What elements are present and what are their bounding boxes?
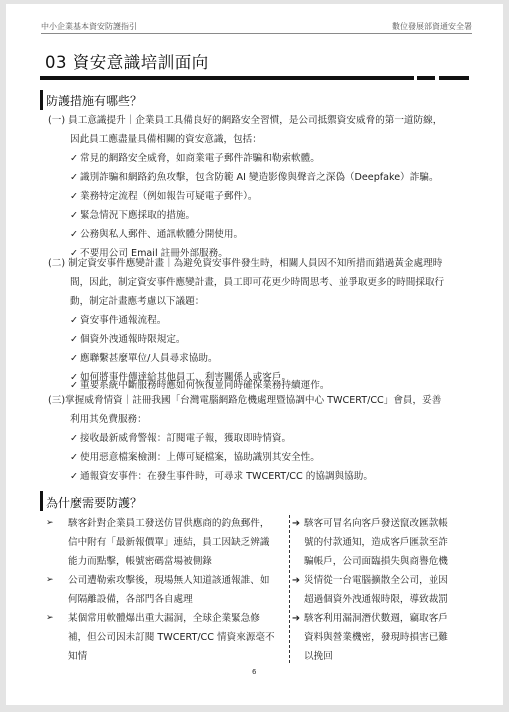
cause-line: 補，但公司因未訂閱 TWCERT/CC 情資來源毫不	[68, 628, 275, 647]
check-item: ✓公務與私人郵件、通訊軟體分開使用。	[70, 225, 243, 244]
chapter-title: 03 資安意識培訓面向	[45, 49, 209, 73]
cause-line: 何隔離設備，各部門各自處理	[68, 590, 193, 609]
check-item: ✓接收最新威脅警報：訂閱電子報，獲取即時情資。	[70, 429, 291, 448]
check-icon: ✓	[70, 349, 80, 368]
bullet-icon: ➢	[46, 514, 54, 533]
check-icon: ✓	[70, 330, 80, 349]
section-marker	[40, 491, 43, 511]
check-item: ✓常見的網路安全威脅，如商業電子郵件詐騙和勒索軟體。	[70, 149, 320, 168]
page-number: 6	[252, 668, 256, 676]
check-icon: ✓	[70, 206, 80, 225]
check-item: ✓識別詐騙和網路釣魚攻擊，包含防範 AI 變造影像與聲音之深偽（Deepfake…	[70, 168, 439, 187]
item-3-label: (三)掌握威脅情資｜註冊我國「台灣電腦網路危機處理暨協調中心 TWCERT/CC…	[48, 391, 441, 410]
effect-line: 駭客利用漏洞潛伏數週，竊取客戶	[304, 609, 448, 628]
item-3-cont: 利用其免費服務：	[70, 410, 147, 429]
check-icon: ✓	[70, 187, 80, 206]
document-page: 中小企業基本資安防護指引 數位發展部資通安全署 03 資安意識培訓面向 防護措施…	[6, 4, 503, 705]
item-1-cont: 因此員工應盡量具備相關的資安意識，包括：	[70, 130, 262, 149]
bullet-icon: ➢	[46, 609, 54, 628]
cause-line: 能力而點擊，帳號密碼當場被側錄	[68, 552, 212, 571]
section-marker	[40, 90, 43, 110]
effect-line: 以挽回	[304, 647, 333, 666]
column-divider	[289, 515, 290, 663]
running-header-left: 中小企業基本資安防護指引	[41, 21, 137, 32]
effect-line: 超過個資外洩通報時限，導致裁罰	[304, 590, 448, 609]
check-item: ✓業務特定流程（例如報告可疑電子郵件）。	[70, 187, 257, 206]
arrow-icon: ➔	[292, 571, 300, 590]
title-rule-long	[40, 76, 414, 80]
effect-line: 資料與營業機密，發現時損害已難	[304, 628, 448, 647]
check-icon: ✓	[70, 467, 80, 486]
item-1-label: (一) 員工意識提升｜企業員工具備良好的網路安全習慣，是公司抵禦資安威脅的第一道…	[48, 111, 442, 130]
bullet-icon: ➢	[46, 571, 54, 590]
item-2-cont: 間，因此，制定資安事件應變計畫，員工即可花更少時間思考、並爭取更多的時間採取行	[70, 273, 444, 292]
item-2-label: (二) 制定資安事件應變計畫｜為避免資安事件發生時，相關人員因不知所措而錯過黃金…	[48, 254, 442, 273]
effect-line: 駭客可冒名向客戶發送竄改匯款帳	[304, 514, 448, 533]
check-icon: ✓	[70, 429, 80, 448]
cause-line: 知情	[68, 647, 87, 666]
cause-line: 信中附有「最新報價單」連結，員工因缺乏辨識	[68, 533, 269, 552]
running-header-right: 數位發展部資通安全署	[392, 21, 472, 32]
check-item: ✓緊急情況下應採取的措施。	[70, 206, 195, 225]
check-icon: ✓	[70, 168, 80, 187]
title-rule-end	[439, 76, 469, 80]
check-item: ✓資安事件通報流程。	[70, 311, 166, 330]
effect-line: 騙帳戶，公司面臨損失與商譽危機	[304, 552, 448, 571]
check-icon: ✓	[70, 311, 80, 330]
title-rule-short	[417, 76, 435, 80]
header-rule	[41, 33, 472, 34]
check-icon: ✓	[70, 448, 80, 467]
section-heading-why: 為什麼需要防護？	[46, 494, 142, 511]
arrow-icon: ➔	[292, 514, 300, 533]
check-item: ✓使用惡意檔案檢測：上傳可疑檔案，協助識別其安全性。	[70, 448, 320, 467]
section-heading-protection: 防護措施有哪些？	[46, 92, 142, 109]
cause-line: 某個常用軟體爆出重大漏洞，全球企業緊急修	[68, 609, 260, 628]
arrow-icon: ➔	[292, 609, 300, 628]
check-icon: ✓	[70, 225, 80, 244]
effect-line: 災情從一台電腦擴散全公司，並因	[304, 571, 448, 590]
check-item: ✓通報資安事件：在發生事件時，可尋求 TWCERT/CC 的協調與協助。	[70, 467, 373, 486]
cause-line: 駭客針對企業員工發送仿冒供應商的釣魚郵件，	[68, 514, 269, 533]
check-icon: ✓	[70, 149, 80, 168]
item-2-cont: 動，制定計畫應考慮以下議題：	[70, 292, 204, 311]
cause-line: 公司遭勒索攻擊後，現場無人知道該通報誰、如	[68, 571, 269, 590]
check-item: ✓個資外洩通報時限規定。	[70, 330, 186, 349]
check-item: ✓應聯繫甚麼單位/人員尋求協助。	[70, 349, 218, 368]
effect-line: 號的付款通知，造成客戶匯款至詐	[304, 533, 448, 552]
